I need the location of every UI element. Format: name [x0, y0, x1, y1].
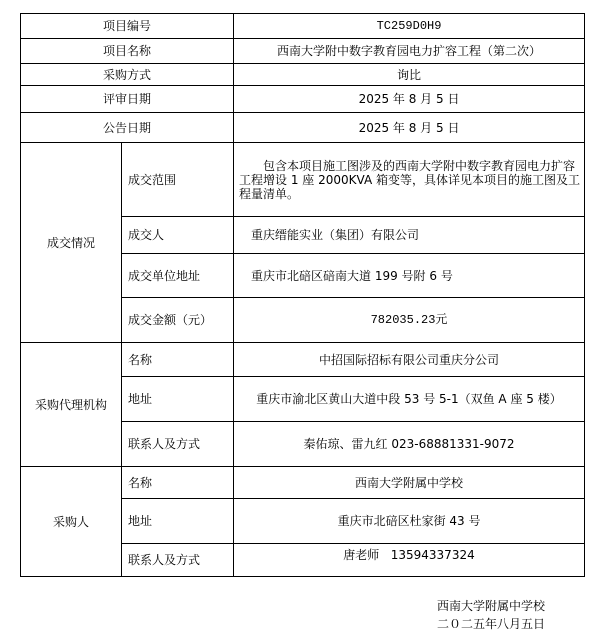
value-purchaser-contact: 唐老师 13594337324	[234, 544, 585, 577]
value-deal-scope: 包含本项目施工图涉及的西南大学附中数字教育园电力扩容工程增设 1 座 2000K…	[234, 143, 585, 217]
value-purchaser-address: 重庆市北碚区杜家街 43 号	[234, 499, 585, 544]
group-label-deal: 成交情况	[21, 143, 122, 343]
label-review-date: 评审日期	[21, 86, 234, 113]
group-label-agency: 采购代理机构	[21, 343, 122, 467]
label-project-name: 项目名称	[21, 39, 234, 64]
label-agency-contact: 联系人及方式	[122, 422, 234, 467]
value-agency-name: 中招国际招标有限公司重庆分公司	[234, 343, 585, 377]
result-announcement-table: 项目编号 TC259D0H9 项目名称 西南大学附中数字教育园电力扩容工程（第二…	[20, 13, 585, 577]
label-purchaser-address: 地址	[122, 499, 234, 544]
group-label-purchaser: 采购人	[21, 467, 122, 577]
value-deal-amount: 782035.23元	[234, 298, 585, 343]
label-agency-address: 地址	[122, 377, 234, 422]
row-project-name: 项目名称 西南大学附中数字教育园电力扩容工程（第二次）	[21, 39, 585, 64]
label-deal-winner-address: 成交单位地址	[122, 254, 234, 298]
row-purchaser-name: 采购人 名称 西南大学附属中学校	[21, 467, 585, 499]
label-project-number: 项目编号	[21, 14, 234, 39]
row-procurement-method: 采购方式 询比	[21, 64, 585, 86]
value-deal-winner: 重庆缙能实业（集团）有限公司	[234, 217, 585, 254]
label-deal-amount: 成交金额（元）	[122, 298, 234, 343]
signature-block: 西南大学附属中学校 二０二五年八月五日	[437, 597, 545, 633]
value-agency-address: 重庆市渝北区黄山大道中段 53 号 5-1（双鱼 A 座 5 楼）	[234, 377, 585, 422]
row-agency-name: 采购代理机构 名称 中招国际招标有限公司重庆分公司	[21, 343, 585, 377]
value-agency-contact: 秦佑琼、雷九红 023-68881331-9072	[234, 422, 585, 467]
label-purchaser-contact: 联系人及方式	[122, 544, 234, 577]
label-deal-winner: 成交人	[122, 217, 234, 254]
label-purchaser-name: 名称	[122, 467, 234, 499]
value-project-name: 西南大学附中数字教育园电力扩容工程（第二次）	[234, 39, 585, 64]
row-deal-scope: 成交情况 成交范围 包含本项目施工图涉及的西南大学附中数字教育园电力扩容工程增设…	[21, 143, 585, 217]
row-announcement-date: 公告日期 2025 年 8 月 5 日	[21, 113, 585, 143]
row-review-date: 评审日期 2025 年 8 月 5 日	[21, 86, 585, 113]
label-procurement-method: 采购方式	[21, 64, 234, 86]
row-project-number: 项目编号 TC259D0H9	[21, 14, 585, 39]
label-deal-scope: 成交范围	[122, 143, 234, 217]
signature-date: 二０二五年八月五日	[437, 615, 545, 633]
value-project-number: TC259D0H9	[234, 14, 585, 39]
signature-organization: 西南大学附属中学校	[437, 597, 545, 615]
label-agency-name: 名称	[122, 343, 234, 377]
label-announcement-date: 公告日期	[21, 113, 234, 143]
value-procurement-method: 询比	[234, 64, 585, 86]
value-deal-winner-address: 重庆市北碚区碚南大道 199 号附 6 号	[234, 254, 585, 298]
deal-scope-text: 包含本项目施工图涉及的西南大学附中数字教育园电力扩容工程增设 1 座 2000K…	[239, 159, 580, 201]
value-review-date: 2025 年 8 月 5 日	[234, 86, 585, 113]
value-purchaser-name: 西南大学附属中学校	[234, 467, 585, 499]
value-announcement-date: 2025 年 8 月 5 日	[234, 113, 585, 143]
